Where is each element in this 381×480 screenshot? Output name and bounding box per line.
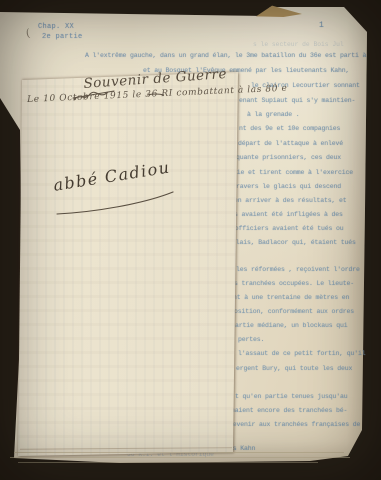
paper-crease — [20, 447, 232, 449]
sheet-edge — [18, 462, 318, 463]
name-underline-swoosh — [55, 190, 177, 218]
sheet-edge — [14, 452, 344, 453]
scanned-document-photo: Chap. XX 2e partie 1 A l'extrême gauche,… — [0, 0, 381, 480]
sheet-edge — [10, 457, 350, 458]
